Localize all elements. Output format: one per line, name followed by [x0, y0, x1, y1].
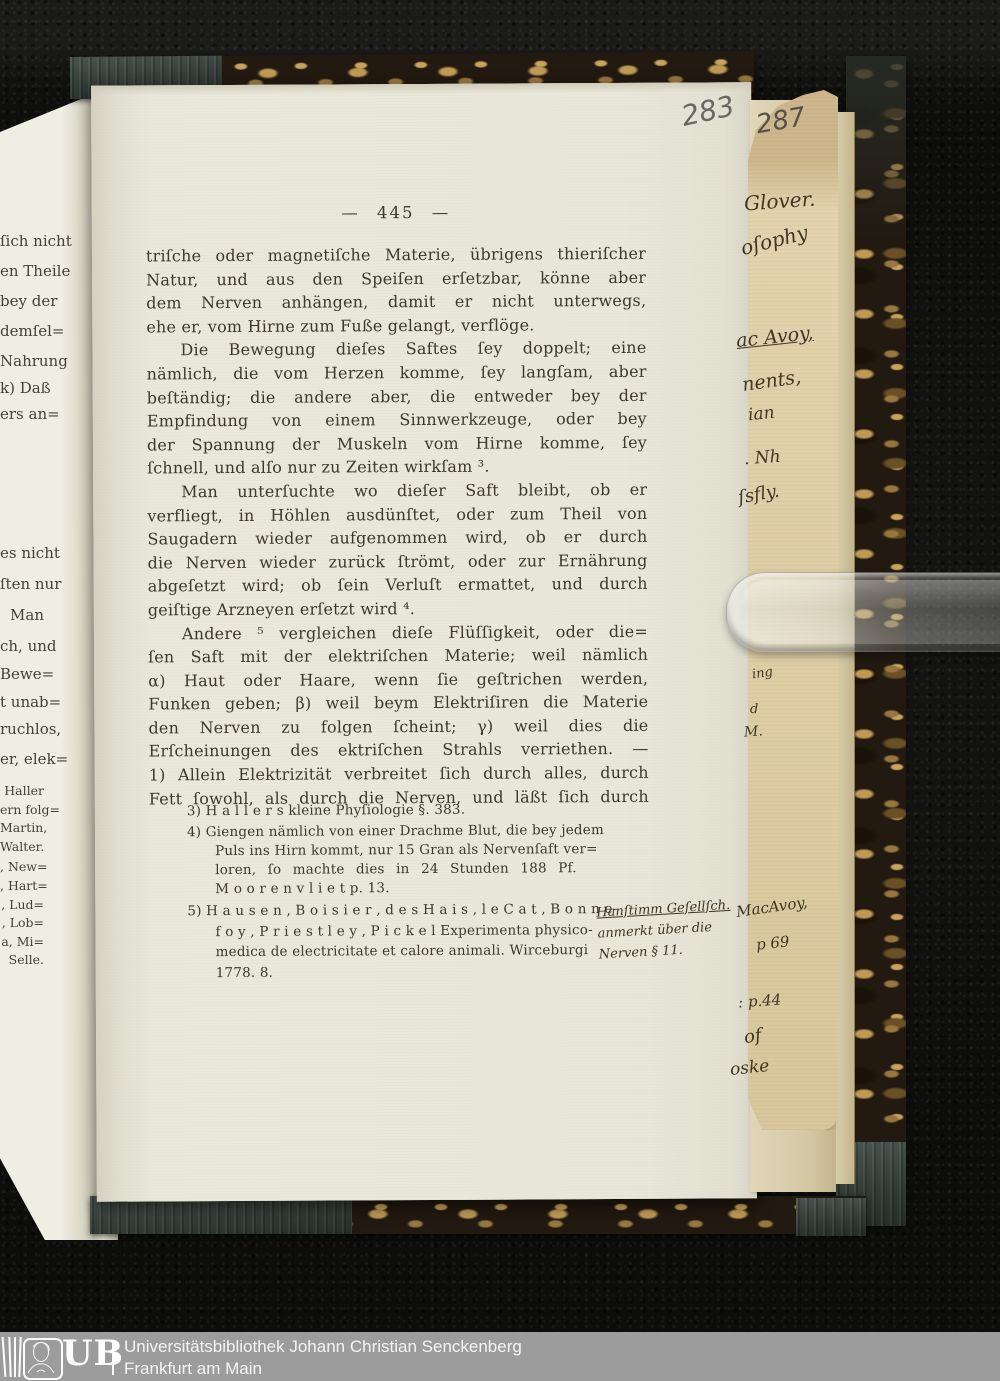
footnote-5: 5) H a u s e n , B o i s i e r , d e s H…: [187, 899, 665, 984]
cover-leather-corner: [90, 1196, 352, 1234]
facing-page-text-fragment: k) Daß: [0, 379, 44, 397]
text-line: Die Bewegung dieſes Saftes ſey doppelt; …: [146, 336, 646, 362]
facing-page-text-fragment: ſten nur: [0, 575, 44, 593]
facing-page-footnote-fragment: Martin,: [0, 820, 44, 835]
cover-leather-corner: [796, 1198, 866, 1236]
library-name-line1: Universitätsbibliothek Johann Christian …: [124, 1336, 522, 1358]
facing-page-footnote-fragment: , Lud=: [0, 897, 44, 912]
library-name-line2: Frankfurt am Main: [124, 1358, 522, 1380]
book-page: — 445 — triſche oder magnetiſche Materie…: [91, 82, 757, 1201]
rod-highlight: [739, 580, 1000, 644]
footnote-line: 5) H a u s e n , B o i s i e r , d e s H…: [187, 899, 665, 922]
text-line: beſtändig; die andere aber, die entweder…: [147, 383, 647, 409]
handwritten-margin-note: Hanſtimm Geſellſch. anmerkt über die Ner…: [596, 895, 733, 966]
facing-page-text-fragment: er, elek=: [0, 750, 44, 768]
facing-page-text-fragment: ruchlos,: [0, 720, 44, 738]
facing-page-text-fragment: t unab=: [0, 693, 44, 711]
goethe-portrait-icon: [23, 1338, 63, 1380]
facing-page-footnote-fragment: Haller: [0, 783, 44, 798]
facing-page-footnote-fragment: , Hart=: [0, 878, 44, 893]
text-line: Funken geben; β) weil beym Elektriſiren …: [148, 690, 648, 716]
book-cover-bottom-edge: [90, 1196, 866, 1234]
footnote-line: M o o r e n v l i e t p. 13.: [215, 878, 665, 899]
slip-handwriting: : p.44: [737, 991, 781, 1012]
text-line: den Nerven zu folgen ſcheint; γ) weil di…: [148, 714, 648, 740]
facing-page-footnote-fragment: , New=: [0, 859, 44, 874]
text-line: ſen Saft mit der elektriſchen Materie; w…: [148, 643, 648, 669]
text-line: ehe er, vom Hirne zum Fuße gelangt, verf…: [146, 313, 646, 339]
facing-page-footnote-fragment: Selle.: [0, 952, 44, 967]
text-line: die Nerven wieder zurück ſtrömt, oder zu…: [148, 549, 648, 575]
facing-page-text-fragment: Man: [0, 606, 44, 624]
text-line: Andere ⁵ vergleichen dieſe Flüſſigkeit, …: [148, 619, 648, 645]
page-holder-rod: [726, 572, 1000, 652]
slip-handwriting: d: [750, 702, 758, 717]
text-line: geiſtige Arzneyen erſetzt wird ⁴.: [148, 596, 648, 622]
text-line: 1) Allein Elektrizität verbreitet ſich d…: [149, 761, 649, 787]
slip-handwriting: ian: [747, 403, 775, 426]
logo-bar: [14, 1337, 16, 1377]
pencil-foliation-number: 283: [678, 89, 737, 133]
library-name: Universitätsbibliothek Johann Christian …: [124, 1336, 522, 1379]
facing-page-footnote-fragment: a, Mi=: [0, 934, 44, 949]
slip-handwriting: p 69: [755, 932, 790, 953]
footnote-line: loren, ſo machte dies in 24 Stunden 188 …: [215, 859, 665, 880]
facing-page-text-fragment: ch, und: [0, 637, 44, 655]
text-line: nämlich, die vom Herzen komme, ſey langſ…: [147, 360, 647, 386]
facing-page-footnote-fragment: ern folg=: [0, 802, 44, 817]
slip-handwriting: . Nh: [743, 447, 781, 470]
text-line: Erſcheinungen des ektriſchen Strahls ver…: [149, 737, 649, 763]
footnote-4: 4) Giengen nämlich von einer Drachme Blu…: [187, 821, 665, 900]
facing-page-text-fragment: ſich nicht: [0, 232, 44, 250]
logo-bar: [8, 1337, 11, 1377]
logo-bar: [2, 1337, 7, 1377]
facing-page-text-fragment: Nahrung: [0, 352, 44, 370]
text-line: Natur, und aus den Speiſen erſetzbar, kö…: [146, 265, 646, 291]
text-line: Empfindung von einem Sinnwerkzeuge, oder…: [147, 407, 647, 433]
slip-handwriting: oske: [729, 1056, 770, 1080]
page-body-text: triſche oder magnetiſche Materie, übrige…: [146, 242, 649, 811]
facing-page-text-fragment: ers an=: [0, 405, 44, 423]
text-line: verfliegt, in Höhlen ausdünſtet, oder zu…: [147, 501, 647, 527]
text-line: triſche oder magnetiſche Materie, übrige…: [146, 242, 646, 268]
slip-handwriting: M.: [743, 723, 763, 740]
footnote-line: Puls ins Hirn kommt, nur 15 Gran als Ner…: [215, 840, 665, 861]
footnote-line: 4) Giengen nämlich von einer Drachme Blu…: [187, 821, 665, 843]
facing-page-text-fragment: demſel=: [0, 322, 44, 340]
text-line: ſchnell, und alſo nur zu Zeiten wirkſam …: [147, 454, 647, 480]
text-line: α) Haut oder Haare, wenn ſie geſtrichen …: [148, 667, 648, 693]
text-line: Man unterſuchte wo dieſer Saft bleibt, o…: [147, 478, 647, 504]
text-line: der Spannung der Muskeln vom Hirne komme…: [147, 431, 647, 457]
facing-page-text-fragment: es nicht: [0, 544, 44, 562]
slip-handwriting: ing: [751, 665, 774, 683]
facing-page-footnote-fragment: , Lob=: [0, 915, 44, 930]
facing-page-text-fragment: bey der: [0, 292, 44, 310]
slip-handwriting: of: [743, 1025, 763, 1048]
footnote-line: 3) H a l l e r s kleine Phyſiologie §. 3…: [187, 799, 665, 822]
footnote-3: 3) H a l l e r s kleine Phyſiologie §. 3…: [187, 799, 665, 822]
text-line: dem Nerven anhängen, damit er nicht unte…: [146, 289, 646, 315]
logo-separator: [112, 1340, 114, 1375]
footnote-line: 1778. 8.: [216, 960, 666, 983]
logo-bar: [18, 1337, 21, 1377]
library-banner: UB Universitätsbibliothek Johann Christi…: [0, 1332, 1000, 1381]
ub-logo: UB: [62, 1333, 124, 1374]
digitized-book-photo: ſich nicht en Theile bey der demſel= Nah…: [0, 0, 1000, 1381]
facing-page-footnote-fragment: Walter.: [0, 839, 44, 854]
cover-shadow: [846, 56, 906, 276]
facing-page-text-fragment: en Theile: [0, 262, 44, 280]
text-line: Saugadern wieder aufgenommen wird, ob er…: [147, 525, 647, 551]
text-line: abgeſetzt wird; ob ſein Verluſt ermattet…: [148, 572, 648, 598]
slip-handwriting: Glover.: [743, 187, 816, 216]
page-number-header: — 445 —: [146, 202, 646, 224]
facing-page-text-fragment: Bewe=: [0, 665, 44, 683]
